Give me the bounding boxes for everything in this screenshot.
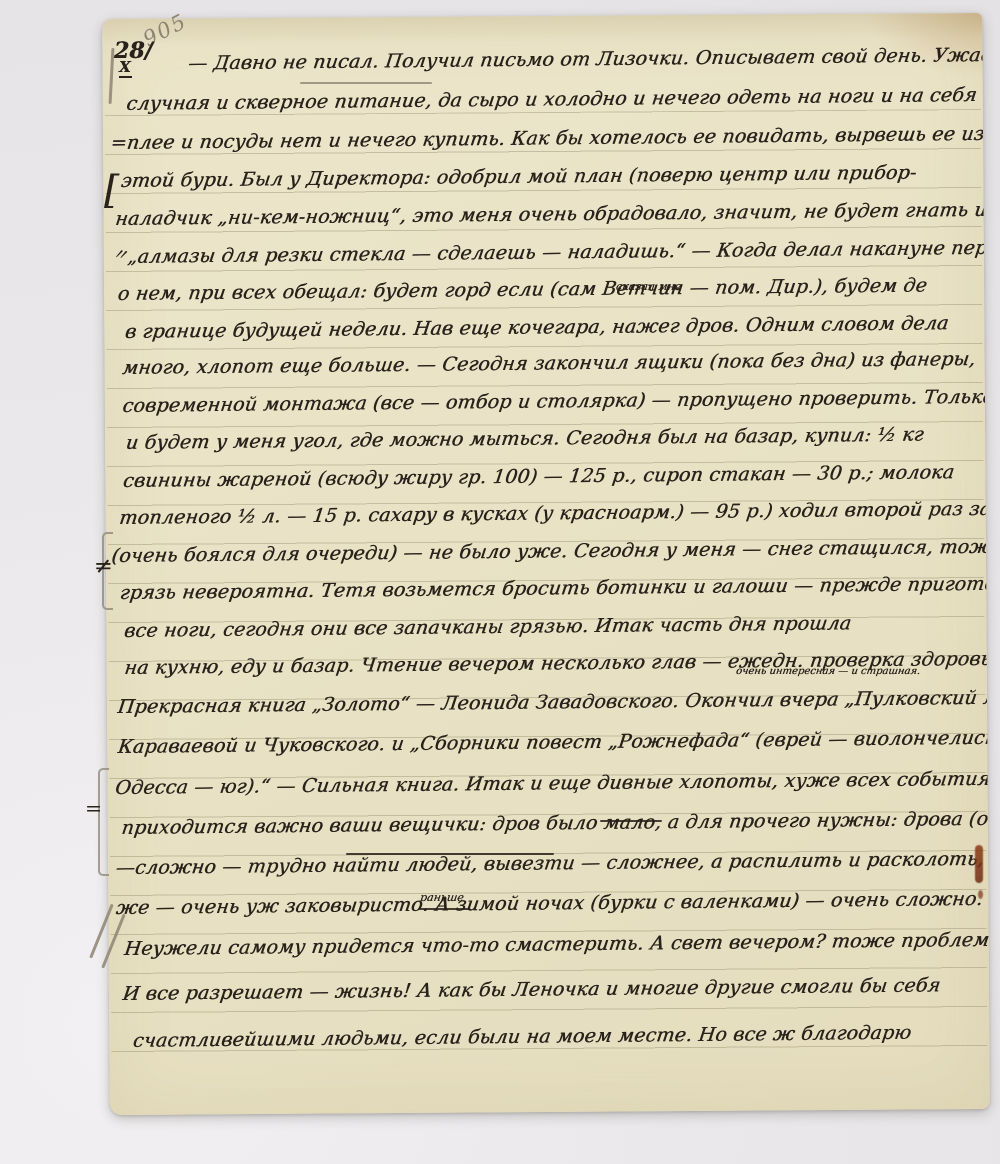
diary-page-paper: — Давно не писал. Получил письмо от Лизо… xyxy=(102,13,990,1115)
rust-stain-dot xyxy=(978,890,983,899)
margin-not-equal-mark: ≠ xyxy=(94,554,112,579)
margin-bracket xyxy=(98,768,109,876)
ink-underline xyxy=(346,853,554,855)
margin-bracket-glyph: [ xyxy=(104,168,119,212)
entry-date-month: X xyxy=(119,60,132,78)
photo-backdrop: — Давно не писал. Получил письмо от Лизо… xyxy=(0,0,1000,1164)
pencil-underline xyxy=(300,82,432,84)
entry-date: 28/ X xyxy=(114,40,153,78)
interlinear-note: очень интересная — и страшная. xyxy=(735,666,921,677)
ink-underline xyxy=(600,820,662,822)
margin-equals-mark: = xyxy=(85,796,102,820)
paper-surface: — Давно не писал. Получил письмо от Лизо… xyxy=(102,13,990,1115)
ink-underline xyxy=(418,908,470,910)
rust-stain xyxy=(975,845,983,883)
interlinear-note: сказал мне xyxy=(615,280,682,293)
interlinear-note: раньше xyxy=(419,891,465,904)
